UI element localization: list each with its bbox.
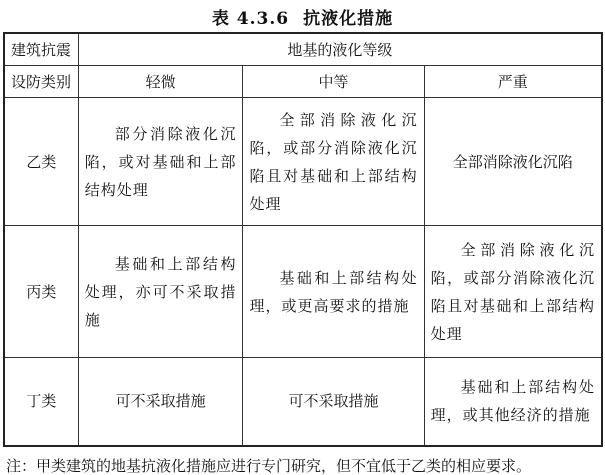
- cell-severe: 全部消除液化沉陷，或部分消除液化沉陷且对基础和上部结构处理: [424, 226, 602, 358]
- cell-medium: 基础和上部结构处理，或更高要求的措施: [243, 226, 424, 358]
- header-category-line2: 设防类别: [4, 66, 78, 98]
- header-liquefaction-level: 地基的液化等级: [78, 33, 602, 66]
- cell-light: 可不采取措施: [78, 358, 243, 446]
- header-row-1: 建筑抗震 地基的液化等级: [4, 33, 602, 66]
- table-row: 丙类 基础和上部结构处理，亦可不采取措施 基础和上部结构处理，或更高要求的措施 …: [4, 226, 602, 358]
- header-level-medium: 中等: [243, 66, 424, 98]
- anti-liquefaction-table: 建筑抗震 地基的液化等级 设防类别 轻微 中等 严重 乙类 部分消除液化沉陷，或…: [3, 32, 603, 447]
- category-cell: 乙类: [4, 98, 78, 226]
- cell-light: 基础和上部结构处理，亦可不采取措施: [78, 226, 243, 358]
- cell-medium: 全部消除液化沉陷，或部分消除液化沉陷且对基础和上部结构处理: [243, 98, 424, 226]
- header-level-severe: 严重: [424, 66, 602, 98]
- cell-severe: 基础和上部结构处理，或其他经济的措施: [424, 358, 602, 446]
- cell-light: 部分消除液化沉陷，或对基础和上部结构处理: [78, 98, 243, 226]
- header-category-line1: 建筑抗震: [4, 33, 78, 66]
- table-row: 乙类 部分消除液化沉陷，或对基础和上部结构处理 全部消除液化沉陷，或部分消除液化…: [4, 98, 602, 226]
- category-cell: 丁类: [4, 358, 78, 446]
- table-row: 丁类 可不采取措施 可不采取措施 基础和上部结构处理，或其他经济的措施: [4, 358, 602, 446]
- table-number: 表 4.3.6: [212, 9, 289, 29]
- table-title: 表 4.3.6抗液化措施: [0, 4, 605, 29]
- category-cell: 丙类: [4, 226, 78, 358]
- table-title-text: 抗液化措施: [303, 9, 393, 29]
- cell-severe: 全部消除液化沉陷: [424, 98, 602, 226]
- cell-medium: 可不采取措施: [243, 358, 424, 446]
- header-row-2: 设防类别 轻微 中等 严重: [4, 66, 602, 98]
- table-note: 注：甲类建筑的地基抗液化措施应进行专门研究，但不宜低于乙类的相应要求。: [6, 455, 531, 475]
- header-level-light: 轻微: [78, 66, 243, 98]
